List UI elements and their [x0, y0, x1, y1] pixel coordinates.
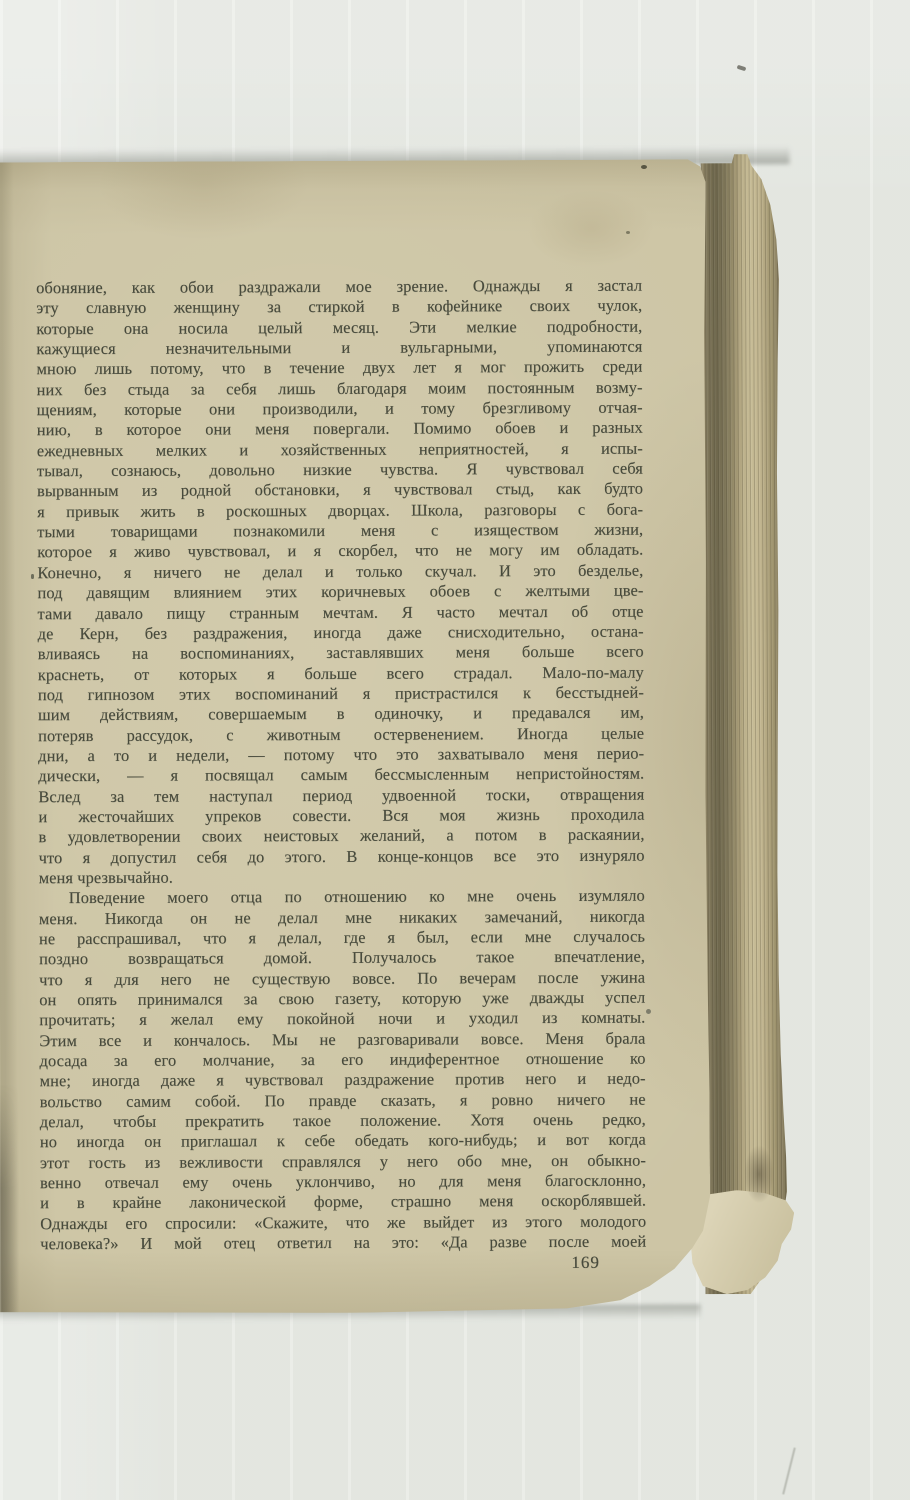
- text-line: Этим все и кончалось. Мы не разговаривал…: [39, 1028, 645, 1051]
- text-line: шим действиям, совершаемым в одиночку, и…: [38, 703, 644, 726]
- text-line: дически, — я посвящал самым бессмысленны…: [38, 764, 644, 787]
- text-line: ежедневных мелких и хозяйственных неприя…: [37, 438, 643, 461]
- page-number: 169: [571, 1253, 600, 1273]
- text-line: венно отвечал ему очень уклончиво, но дл…: [40, 1171, 646, 1194]
- text-line: Однажды его спросили: «Скажите, что же в…: [40, 1211, 646, 1234]
- text-line: досада за его молчание, за его индиферен…: [39, 1049, 645, 1072]
- text-line: эту славную женщину за стиркой в кофейни…: [36, 296, 642, 319]
- text-line: тами давало пищу странным мечтам. Я част…: [37, 601, 643, 624]
- text-line: меня чрезвычайно.: [39, 866, 645, 889]
- book-fore-edge-pages: [701, 154, 788, 1294]
- text-line: этот гость из вежливости справлялся у не…: [40, 1150, 646, 1173]
- text-line: человека?» И мой отец ответил на это: «Д…: [40, 1232, 646, 1255]
- text-line: в удовлетворении своих неистовых желаний…: [38, 825, 644, 848]
- text-line: Поведение моего отца по отношению ко мне…: [39, 886, 645, 909]
- text-line: тывал, сознаюсь, довольно низкие чувства…: [37, 459, 643, 482]
- text-line: Конечно, я ничего не делал и только скуч…: [37, 560, 643, 583]
- ink-speck: [646, 1009, 651, 1014]
- text-line: под давящим влиянием этих коричневых обо…: [37, 581, 643, 604]
- open-book: обоняние, как обои раздражали мое зрение…: [0, 0, 910, 1500]
- text-line: мне; иногда даже я чувствовал раздражени…: [40, 1069, 646, 1092]
- text-line: щениям, которые они производили, и тому …: [37, 398, 643, 421]
- text-line: нию, в которое они меня повергали. Помим…: [37, 418, 643, 441]
- text-line: которые она носила целый месяц. Эти мелк…: [36, 316, 642, 339]
- fore-edge-smudge: [744, 1145, 774, 1203]
- text-line: что я допустил себя до этого. В конце-ко…: [39, 845, 645, 868]
- ink-speck: [31, 574, 34, 579]
- text-line: делал, чтобы прекратить такое положение.…: [40, 1110, 646, 1133]
- text-line: и в крайне лаконической форме, страшно м…: [40, 1191, 646, 1214]
- text-line: вливаясь на воспоминаниях, заставлявших …: [38, 642, 644, 665]
- text-line: тыми товарищами познакомили меня с изяще…: [37, 520, 643, 543]
- text-line: вырванным из родной обстановки, я чувств…: [37, 479, 643, 502]
- text-line: кажущиеся незначительными и вульгарными,…: [36, 337, 642, 360]
- book-page: обоняние, как обои раздражали мое зрение…: [0, 159, 711, 1314]
- text-line: дни, а то и недели, — потому что это зах…: [38, 743, 644, 766]
- ink-speck: [641, 165, 647, 169]
- text-line: них без стыда за себя лишь благодаря мои…: [37, 377, 643, 400]
- text-line: краснеть, от которых я больше всего стра…: [38, 662, 644, 685]
- text-line: что я для него не существую вовсе. По ве…: [39, 967, 645, 990]
- text-line: меня. Никогда он не делал мне никаких за…: [39, 906, 645, 929]
- text-line: он опять принимался за свою газету, кото…: [39, 988, 645, 1011]
- page-text: обоняние, как обои раздражали мое зрение…: [36, 276, 646, 1255]
- ink-speck: [626, 231, 630, 234]
- text-line: которое я живо чувствовал, и я скорбел, …: [37, 540, 643, 563]
- text-line: потеряв рассудок, с животным остервенени…: [38, 723, 644, 746]
- text-line: обоняние, как обои раздражали мое зрение…: [36, 276, 642, 299]
- text-line: я привык жить в роскошных дворцах. Школа…: [37, 499, 643, 522]
- book-scan: обоняние, как обои раздражали мое зрение…: [0, 0, 910, 1500]
- text-line: поздно возвращаться домой. Получалось та…: [39, 947, 645, 970]
- text-line: мною лишь потому, что в течение двух лет…: [36, 357, 642, 380]
- text-line: но иногда он приглашал к себе обедать ко…: [40, 1130, 646, 1153]
- text-line: под гипнозом этих воспоминаний я пристра…: [38, 682, 644, 705]
- text-line: Вслед за тем наступал период удвоенной т…: [38, 784, 644, 807]
- text-line: и жесточайших упреков совести. Вся моя ж…: [38, 804, 644, 827]
- text-line: де Керн, без раздражения, иногда даже сн…: [38, 621, 644, 644]
- text-line: прочитать; я желал ему покойной ночи и у…: [39, 1008, 645, 1031]
- text-line: вольство самим собой. По правде сказать,…: [40, 1089, 646, 1112]
- text-line: не расспрашивал, что я делал, где я был,…: [39, 927, 645, 950]
- page-gutter-shadow: [0, 1084, 27, 1314]
